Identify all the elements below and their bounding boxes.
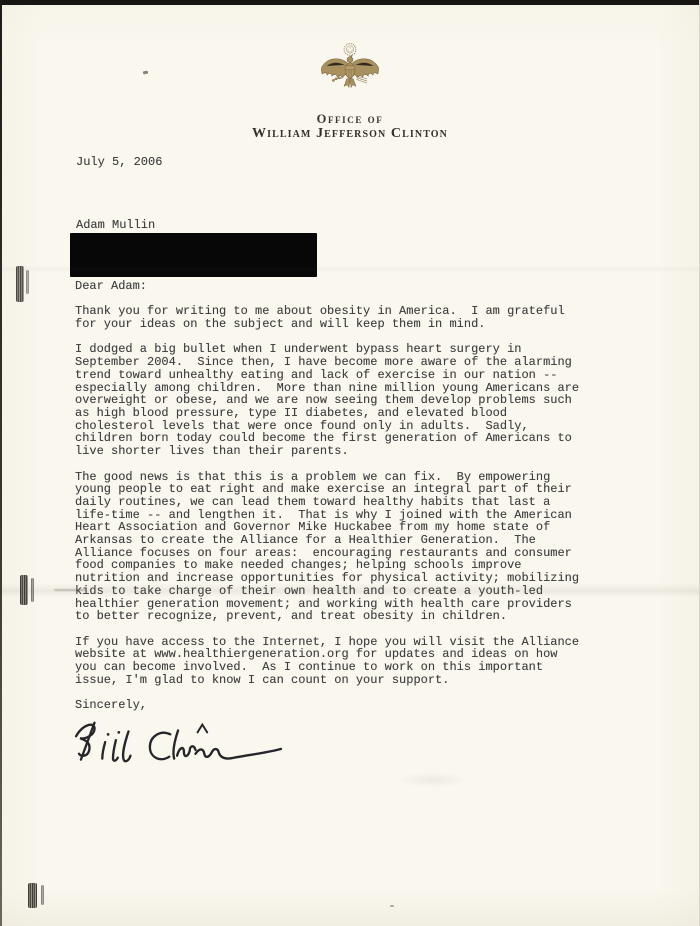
letterhead-office-line: Office of bbox=[0, 112, 700, 127]
presidential-seal-icon bbox=[318, 40, 382, 108]
scan-smudge bbox=[398, 772, 468, 788]
salutation: Dear Adam: bbox=[75, 280, 605, 293]
binder-mark-top-shadow bbox=[26, 270, 29, 294]
paragraph-2: I dodged a big bullet when I underwent b… bbox=[75, 343, 605, 457]
crease-mark bbox=[54, 589, 86, 591]
scan-speck-bottom bbox=[390, 905, 394, 907]
scanner-edge-top bbox=[0, 0, 700, 5]
letter-date: July 5, 2006 bbox=[76, 156, 162, 169]
binder-mark-middle-shadow bbox=[31, 578, 34, 602]
letter-body: Dear Adam: Thank you for writing to me a… bbox=[75, 280, 605, 725]
paragraph-1: Thank you for writing to me about obesit… bbox=[75, 305, 605, 330]
binder-mark-top bbox=[16, 266, 24, 302]
scanner-edge-left bbox=[0, 0, 2, 926]
scanned-letter-page: Office of William Jefferson Clinton July… bbox=[0, 0, 700, 926]
scan-speck-top bbox=[143, 71, 148, 75]
paragraph-4: If you have access to the Internet, I ho… bbox=[75, 636, 605, 687]
binder-mark-middle bbox=[20, 575, 28, 605]
closing: Sincerely, bbox=[75, 699, 605, 712]
letterhead-name-line: William Jefferson Clinton bbox=[0, 126, 700, 142]
binder-mark-bottom-shadow bbox=[41, 885, 44, 905]
redacted-address-block bbox=[70, 233, 317, 277]
paragraph-3: The good news is that this is a problem … bbox=[75, 471, 605, 623]
binder-mark-bottom bbox=[28, 883, 37, 908]
signature-bill-clinton bbox=[66, 712, 294, 780]
recipient-name: Adam Mullin bbox=[76, 219, 155, 232]
